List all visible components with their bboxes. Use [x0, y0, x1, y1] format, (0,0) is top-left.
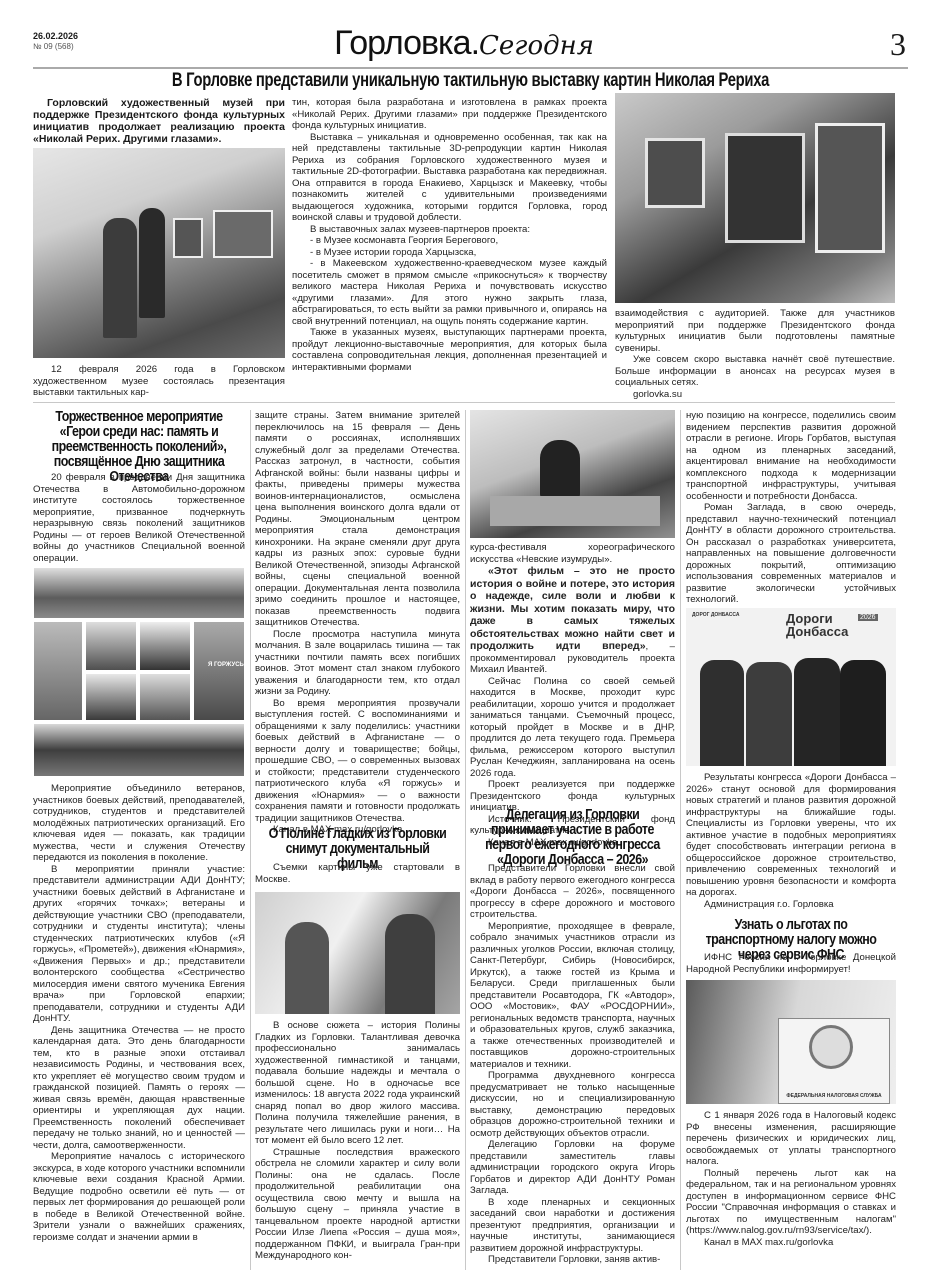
polina-quote: «Этот фильм – это не просто история о во…	[470, 565, 675, 652]
person-silhouette	[285, 922, 329, 1014]
congress-photo: ДОРОГ ДОНБАССА Дороги Донбасса 2026	[686, 608, 896, 766]
tax-lead: ИФНС России по г. Горловке Донецкой Наро…	[686, 952, 896, 975]
roads-col4-results: Результаты конгресса «Дороги Донбасса – …	[686, 772, 896, 910]
collage-speaker-photo	[86, 674, 136, 720]
visitor-silhouette	[103, 218, 137, 338]
polina-photo	[470, 410, 675, 538]
person-silhouette	[794, 658, 840, 766]
painting-icon	[213, 210, 273, 258]
tax-emblem-icon	[809, 1025, 853, 1069]
heroes-photo-collage: Я ГОРЖУСЬ	[34, 568, 244, 776]
roads-col3-text: Представители Горловки внесли свой вклад…	[470, 863, 675, 1266]
heroes-col2-text: защите страны. Затем внимание зрителей п…	[255, 410, 460, 836]
roerich-p1-col1: 12 февраля 2026 года в Горловском художе…	[33, 364, 285, 399]
person-silhouette	[746, 662, 792, 766]
painting-icon	[725, 133, 805, 243]
headline-roerich: В Горловке представили уникальную тактил…	[129, 70, 812, 92]
roerich-lead: Горловский художественный музей при подд…	[33, 97, 285, 145]
collage-audience-photo	[34, 724, 244, 776]
collage-banner-photo: Я ГОРЖУСЬ	[194, 622, 244, 720]
visitor-silhouette	[139, 208, 165, 318]
page-number: 3	[890, 26, 906, 63]
person-silhouette	[385, 914, 435, 1014]
exhibition-photo-1	[33, 148, 285, 358]
heroes-col1-text: Мероприятие объединило ветеранов, участн…	[33, 783, 245, 1243]
column-divider	[465, 410, 466, 1270]
roerich-col2: тин, которая была разработана и изготовл…	[292, 97, 607, 373]
headline-roads: Делегация из Горловки принимает участие …	[480, 808, 665, 868]
tax-text: С 1 января 2026 года в Налоговый кодекс …	[686, 1110, 896, 1248]
painting-icon	[173, 218, 203, 258]
person-silhouette	[540, 440, 580, 500]
heroes-p1: 20 февраля в преддверии Дня защитника От…	[33, 472, 245, 564]
painting-icon	[815, 123, 885, 253]
masthead-rule	[33, 67, 908, 69]
banner-text: Я ГОРЖУСЬ	[208, 662, 244, 668]
banner-small-text: ДОРОГ ДОНБАССА	[692, 612, 740, 618]
collage-group-photo	[34, 568, 244, 618]
polina-col2-text: В основе сюжета – история Полины Гладких…	[255, 1020, 460, 1262]
tax-service-photo: ФЕДЕРАЛЬНАЯ НАЛОГОВАЯ СЛУЖБА	[686, 980, 896, 1104]
collage-cadet-photo	[34, 622, 82, 720]
collage-speaker-photo	[86, 622, 136, 670]
roerich-col3: взаимодействия с аудиторией. Также для у…	[615, 308, 895, 400]
roads-col4-text: ную позицию на конгрессе, поделились сво…	[686, 410, 896, 606]
congress-year-badge: 2026	[858, 614, 878, 621]
column-divider	[250, 410, 251, 1270]
newspaper-title: Горловка.Сегодня	[0, 24, 928, 63]
painting-icon	[645, 138, 705, 208]
person-silhouette	[700, 660, 744, 766]
collage-speaker-photo	[140, 622, 190, 670]
congress-logo: Дороги Донбасса	[786, 612, 848, 638]
collage-speaker-photo	[140, 674, 190, 720]
bed-shape	[490, 496, 660, 526]
polina-interview-photo	[255, 892, 460, 1014]
title-main: Горловка.	[334, 24, 479, 62]
column-divider	[680, 410, 681, 1270]
section-divider	[33, 402, 895, 403]
polina-col3-text: курса-фестиваля хореографического искусс…	[470, 542, 675, 848]
tax-sign: ФЕДЕРАЛЬНАЯ НАЛОГОВАЯ СЛУЖБА	[778, 1018, 890, 1104]
polina-lead: Съемки картины уже стартовали в Москве.	[255, 862, 460, 885]
title-script: Сегодня	[479, 31, 594, 61]
person-silhouette	[840, 660, 886, 766]
exhibition-photo-2	[615, 93, 895, 303]
